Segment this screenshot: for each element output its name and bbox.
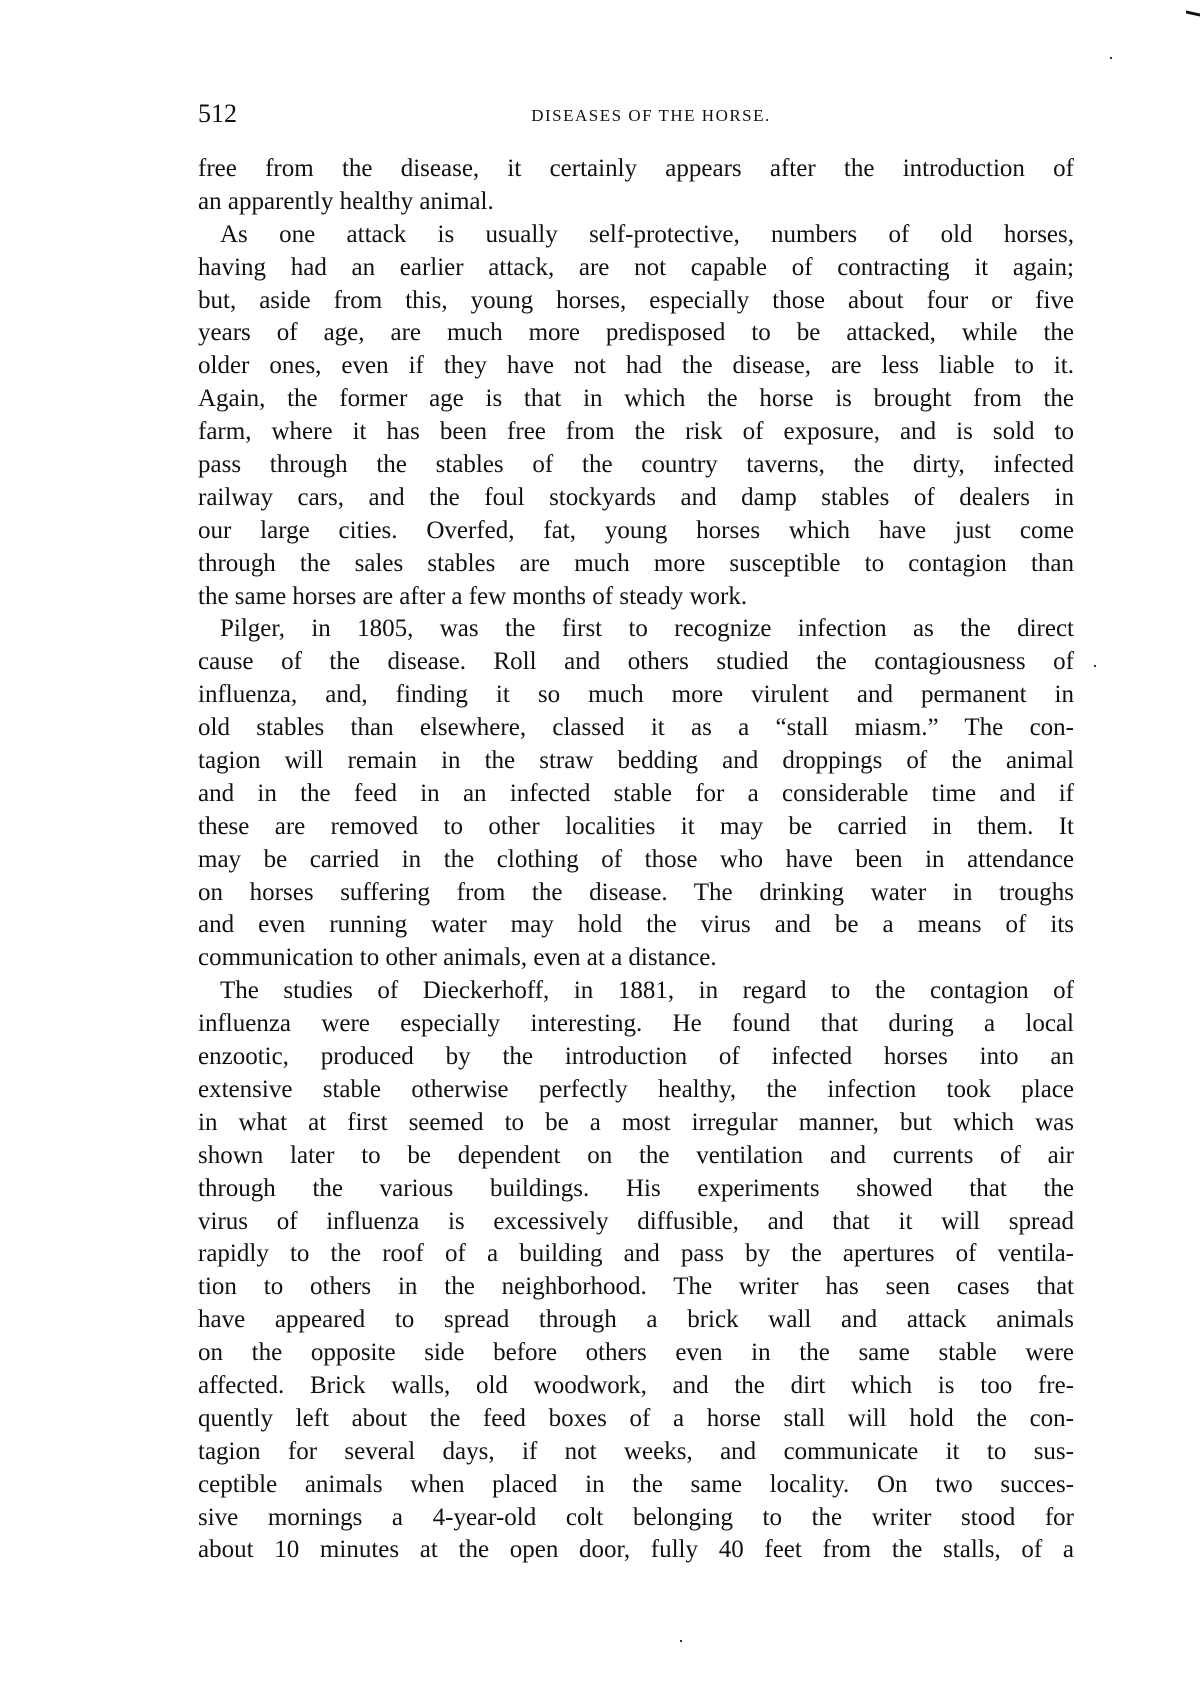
text-line: older ones, even if they have not had th… [198,350,1074,383]
text-line: communication to other animals, even at … [198,942,1074,975]
text-line: Pilger, in 1805, was the first to recogn… [198,613,1074,646]
text-line: The studies of Dieckerhoff, in 1881, in … [198,975,1074,1008]
scan-speck [1094,665,1096,667]
text-line: sive mornings a 4-year-old colt belongin… [198,1502,1074,1535]
text-line: influenza, and, finding it so much more … [198,679,1074,712]
text-line: about 10 minutes at the open door, fully… [198,1534,1074,1567]
text-line: influenza were especially interesting. H… [198,1008,1074,1041]
text-line: farm, where it has been free from the ri… [198,416,1074,449]
text-line: old stables than elsewhere, classed it a… [198,712,1074,745]
text-line: virus of influenza is excessively diffus… [198,1206,1074,1239]
text-line: and even running water may hold the viru… [198,909,1074,942]
text-line: As one attack is usually self-protective… [198,219,1074,252]
text-line: shown later to be dependent on the venti… [198,1140,1074,1173]
text-line: ceptible animals when placed in the same… [198,1469,1074,1502]
text-line: but, aside from this, young horses, espe… [198,285,1074,318]
scan-speck [680,1640,682,1642]
text-line: enzootic, produced by the introduction o… [198,1041,1074,1074]
text-line: and in the feed in an infected stable fo… [198,778,1074,811]
text-line: on the opposite side before others even … [198,1337,1074,1370]
text-line: affected. Brick walls, old woodwork, and… [198,1370,1074,1403]
body-text: free from the disease, it certainly appe… [198,153,1074,1567]
text-line: tagion for several days, if not weeks, a… [198,1436,1074,1469]
text-line: an apparently healthy animal. [198,186,1074,219]
text-line: tagion will remain in the straw bedding … [198,745,1074,778]
text-line: may be carried in the clothing of those … [198,844,1074,877]
scan-corner-mark [1186,11,1200,17]
text-line: these are removed to other localities it… [198,811,1074,844]
text-line: through the various buildings. His exper… [198,1173,1074,1206]
page-header: 512 DISEASES OF THE HORSE. [198,96,1074,132]
text-line: in what at first seemed to be a most irr… [198,1107,1074,1140]
text-line: have appeared to spread through a brick … [198,1304,1074,1337]
text-line: our large cities. Overfed, fat, young ho… [198,515,1074,548]
text-line: quently left about the feed boxes of a h… [198,1403,1074,1436]
text-line: cause of the disease. Roll and others st… [198,646,1074,679]
text-line: the same horses are after a few months o… [198,581,1074,614]
text-line: having had an earlier attack, are not ca… [198,252,1074,285]
text-line: railway cars, and the foul stockyards an… [198,482,1074,515]
text-line: extensive stable otherwise perfectly hea… [198,1074,1074,1107]
running-head: DISEASES OF THE HORSE. [198,98,1074,134]
book-page: 512 DISEASES OF THE HORSE. free from the… [0,0,1200,1696]
text-line: free from the disease, it certainly appe… [198,153,1074,186]
scan-speck [1110,57,1112,59]
text-line: years of age, are much more predisposed … [198,317,1074,350]
text-line: through the sales stables are much more … [198,548,1074,581]
text-line: on horses suffering from the disease. Th… [198,877,1074,910]
text-line: pass through the stables of the country … [198,449,1074,482]
text-line: rapidly to the roof of a building and pa… [198,1238,1074,1271]
text-line: tion to others in the neighborhood. The … [198,1271,1074,1304]
text-line: Again, the former age is that in which t… [198,383,1074,416]
